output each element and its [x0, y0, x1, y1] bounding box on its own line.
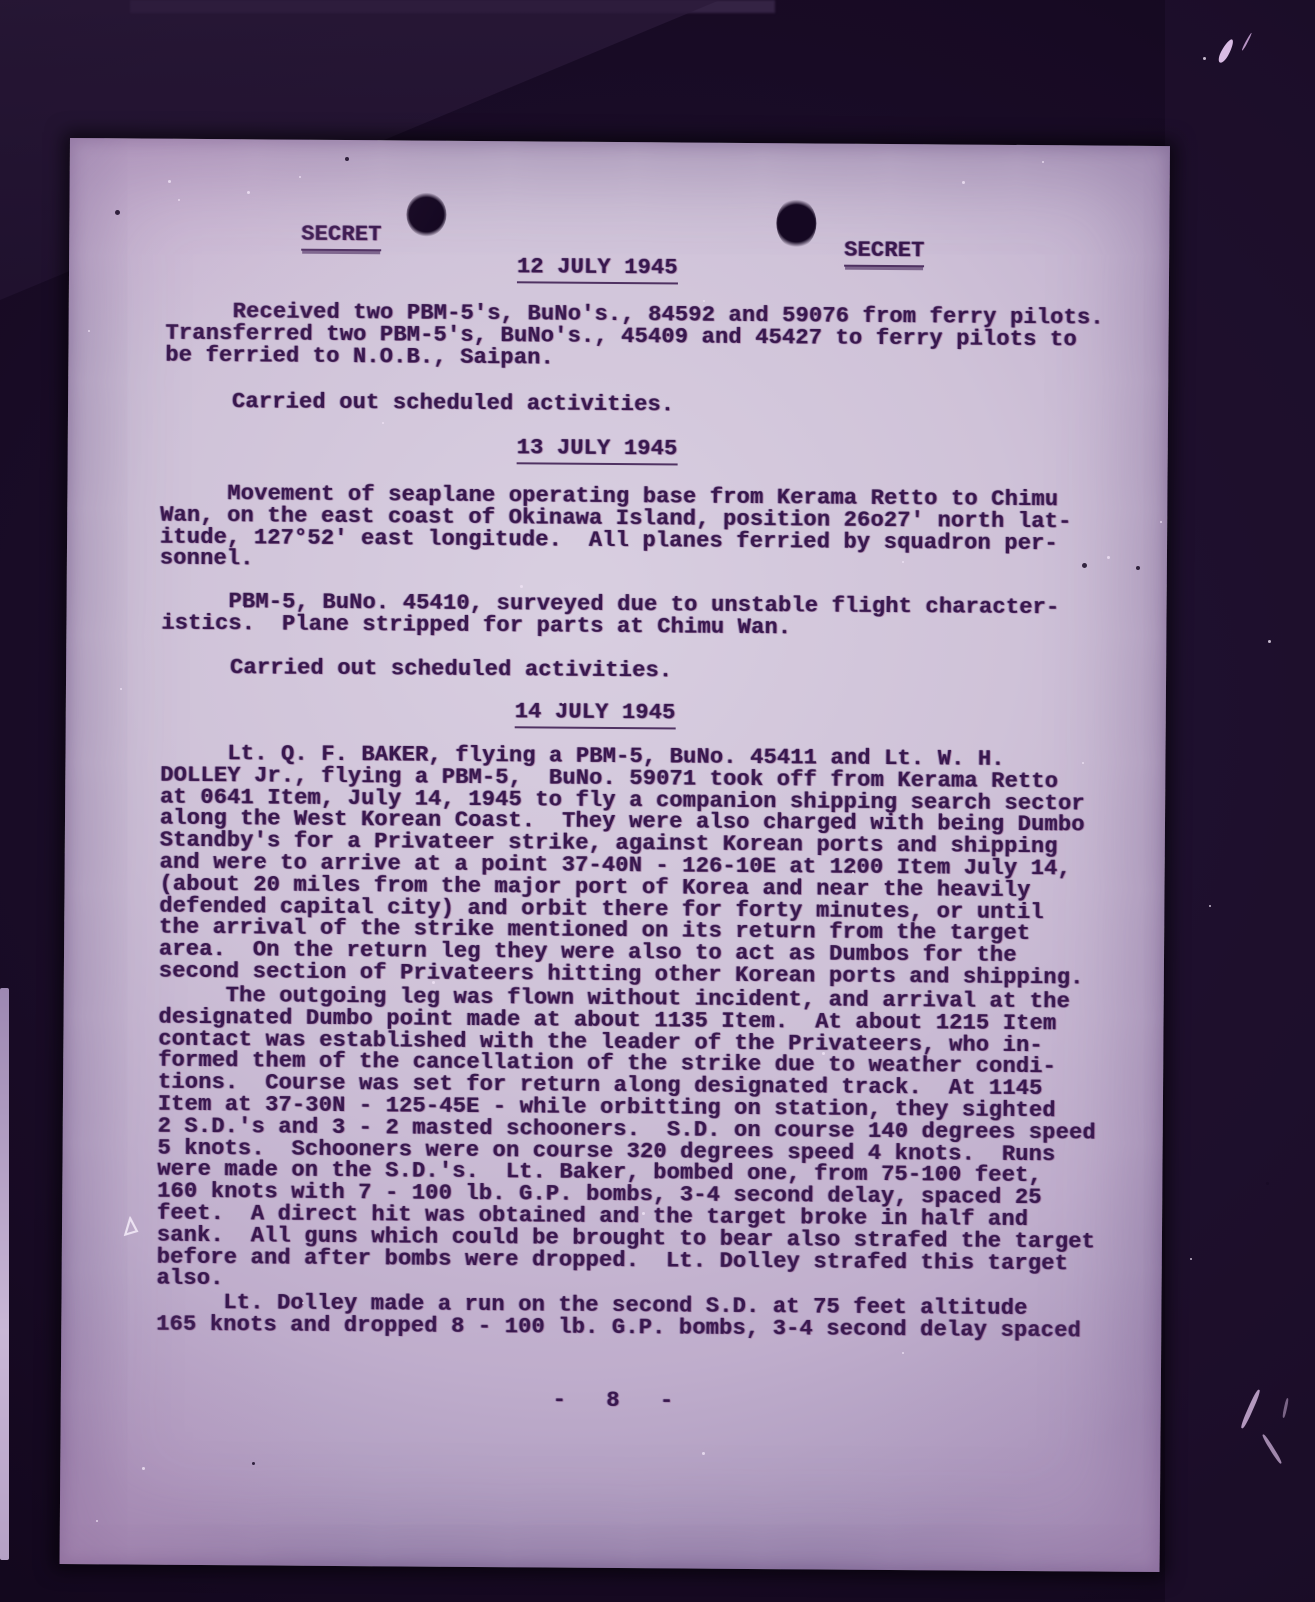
dust-speck: [1082, 762, 1084, 764]
dust-speck: [88, 330, 90, 332]
classification-stamp-left: SECRET: [301, 224, 382, 251]
dust-speck: [168, 180, 171, 183]
dust-speck: [242, 606, 244, 608]
entry-13-july-survey: PBM-5, BuNo. 45410, surveyed due to unst…: [161, 591, 1059, 641]
document-page: SECRET SECRET 12 JULY 1945 Received two …: [60, 138, 1170, 1572]
dust-speck: [520, 585, 523, 588]
dust-speck: [142, 1467, 145, 1470]
dust-speck: [247, 191, 250, 194]
adjacent-frame-strip: [0, 988, 9, 1560]
margin-triangle-mark: [120, 1216, 140, 1238]
dust-speck: [902, 561, 904, 563]
dust-speck: [178, 199, 180, 201]
dust-speck: [1268, 640, 1271, 643]
entry-13-july-carried-out: Carried out scheduled activities.: [163, 657, 672, 683]
dust-speck: [822, 1052, 825, 1055]
microfilm-scan: SECRET SECRET 12 JULY 1945 Received two …: [0, 0, 1315, 1602]
dust-speck: [852, 872, 854, 874]
dust-speck: [432, 981, 435, 984]
classification-stamp-right: SECRET: [844, 240, 925, 267]
dust-speck: [96, 1520, 98, 1522]
page-content: SECRET SECRET 12 JULY 1945 Received two …: [60, 138, 1170, 1572]
dust-speck: [902, 1352, 904, 1354]
dust-speck: [1022, 1022, 1024, 1024]
dust-speck: [120, 688, 122, 690]
dust-speck: [1042, 161, 1044, 163]
ink-speck: [1266, 1182, 1269, 1185]
entry-13-july-base-movement: Movement of seaplane operating base from…: [160, 483, 1072, 577]
dust-speck: [562, 702, 564, 704]
dust-speck: [642, 1212, 645, 1215]
dust-speck: [962, 181, 965, 184]
dust-speck: [299, 176, 301, 178]
section-heading-12-july: 12 JULY 1945: [517, 256, 678, 284]
ink-speck: [1136, 566, 1140, 570]
dust-speck: [382, 422, 384, 424]
ink-speck: [252, 1462, 255, 1465]
dust-speck: [302, 1302, 304, 1304]
entry-12-july-activities: Received two PBM-5's, BuNo's., 84592 and…: [165, 301, 1104, 373]
dust-speck: [703, 300, 705, 302]
dust-speck: [702, 1452, 705, 1455]
page-number: - 8 -: [553, 1390, 674, 1413]
entry-14-july-outgoing-leg: The outgoing leg was flown without incid…: [157, 985, 1097, 1297]
entry-14-july-mission: Lt. Q. F. BAKER, flying a PBM-5, BuNo. 4…: [159, 743, 1085, 990]
entry-14-july-second-run: Lt. Dolley made a run on the second S.D.…: [156, 1292, 1081, 1342]
ink-speck: [345, 157, 349, 161]
entry-12-july-carried-out: Carried out scheduled activities.: [165, 391, 674, 417]
dust-speck: [1190, 1258, 1192, 1260]
ink-speck: [115, 210, 120, 215]
ink-speck: [1082, 563, 1087, 568]
section-heading-14-july: 14 JULY 1945: [515, 701, 676, 729]
dust-speck: [1160, 521, 1162, 523]
dust-speck: [262, 862, 264, 864]
film-right-band: [1165, 0, 1315, 1602]
dust-speck: [1107, 556, 1110, 559]
dust-speck: [1209, 905, 1211, 907]
dust-speck: [1203, 57, 1206, 60]
section-heading-13-july: 13 JULY 1945: [517, 437, 678, 465]
